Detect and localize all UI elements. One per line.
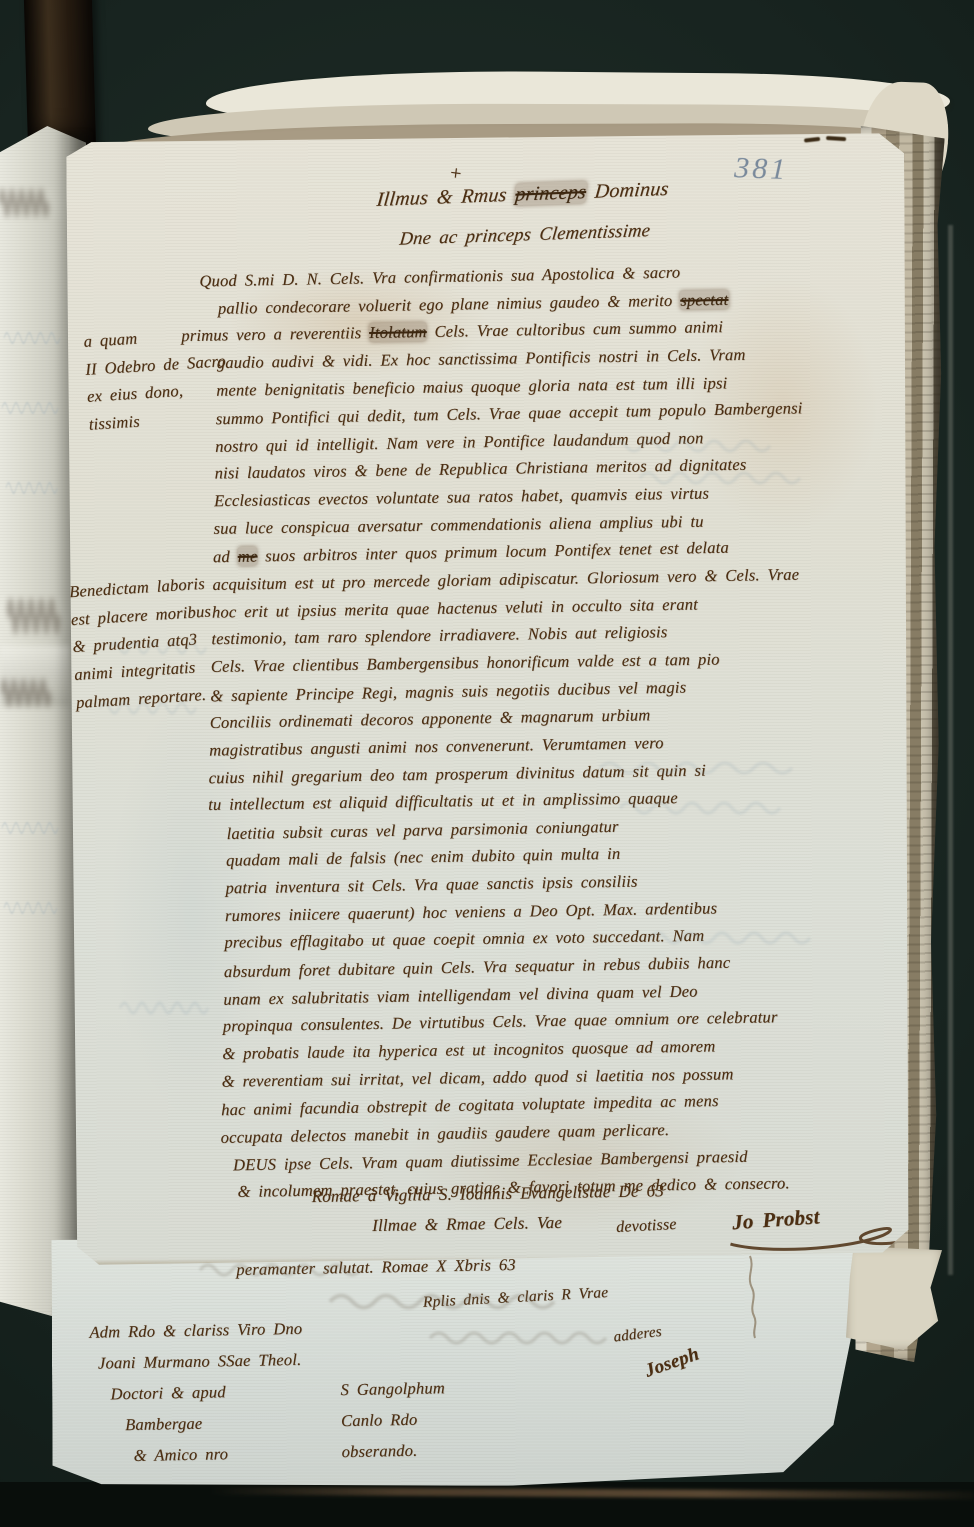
- address-left-text: Joani Murmano SSae Theol.: [98, 1350, 302, 1373]
- address-left-text: Doctori & apud: [110, 1382, 226, 1403]
- address-left-text: Bambergae: [125, 1414, 203, 1434]
- address-right-text: obserando.: [341, 1435, 417, 1467]
- letter-body: Quod S.mi D. N. Cels. Vra confirmationis…: [68, 255, 921, 1209]
- page-edge-sliver: [948, 225, 953, 1275]
- manuscript-photograph: peramanter salutat. Romae X Xbris 63 Rpl…: [0, 0, 974, 1527]
- letter-heading-line2: Dne ac princeps Clementissime: [398, 221, 651, 251]
- address-left-text: & Amico nro: [133, 1444, 228, 1465]
- address-block: Adm Rdo & clariss Viro DnoJoani Murmano …: [51, 1303, 866, 1473]
- address-sheet: peramanter salutat. Romae X Xbris 63 Rpl…: [51, 1236, 864, 1488]
- address-right-text: Canlo Rdo: [341, 1404, 418, 1436]
- valediction-devotion: devotisse: [616, 1216, 677, 1237]
- valediction: Illmae & Rmae Cels. Vae: [372, 1213, 562, 1236]
- manuscript-page: 381 + Illmus & Rmus princeps Dominus Dne…: [66, 133, 912, 1265]
- invocation-cross: +: [447, 162, 463, 187]
- address-left-text: Adm Rdo & clariss Viro Dno: [89, 1319, 302, 1342]
- address-right-text: S Gangolphum: [340, 1372, 445, 1405]
- struck-out-word: princeps: [514, 181, 587, 206]
- letter-heading-line1: Illmus & Rmus princeps Dominus: [376, 178, 670, 212]
- struck-out-word: me: [238, 547, 258, 566]
- signature-row: Illmae & Rmae Cels. Vae devotisse Jo Pro…: [84, 1205, 923, 1259]
- torn-corner-flap: [846, 1246, 942, 1350]
- struck-out-word: spectat: [680, 289, 728, 309]
- struck-out-word: Itolatum: [369, 322, 427, 342]
